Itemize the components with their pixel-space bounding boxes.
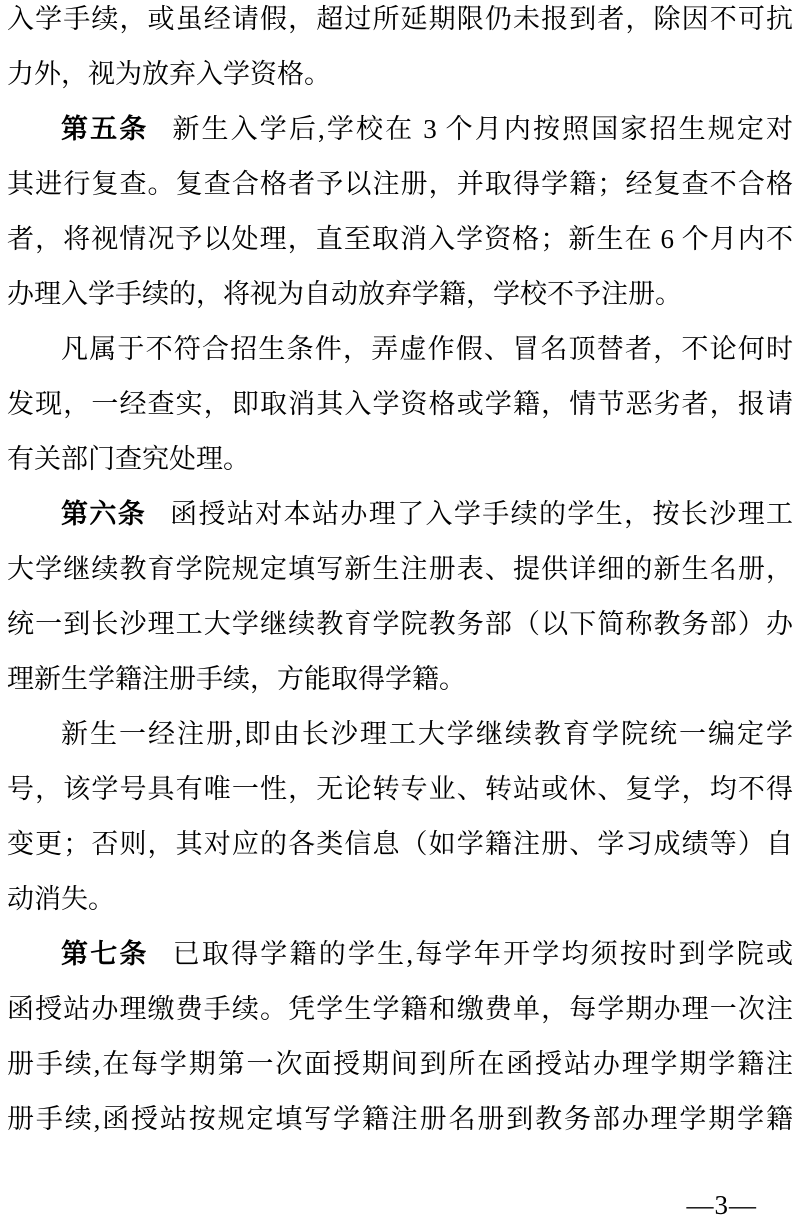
text-line: 第六条函授站对本站办理了入学手续的学生，按长沙理工 [7,487,793,542]
line-text: 变更；否则，其对应的各类信息（如学籍注册、学习成绩等）自 [7,829,793,859]
line-text: 统一到长沙理工大学继续教育学院教务部（以下简称教务部）办 [7,609,793,639]
text-line: 发现，一经查实，即取消其入学资格或学籍，情节恶劣者，报请 [7,377,793,432]
text-line: 力外，视为放弃入学资格。 [7,47,793,102]
line-text: 入学手续，或虽经请假，超过所延期限仍未报到者，除因不可抗 [7,4,793,34]
text-line: 大学继续教育学院规定填写新生注册表、提供详细的新生名册， [7,542,793,597]
clause-heading: 第五条 [61,114,148,144]
line-text: 册手续,函授站按规定填写学籍注册名册到教务部办理学期学籍 [7,1104,793,1134]
text-line: 第七条已取得学籍的学生,每学年开学均须按时到学院或 [7,927,793,982]
text-line: 凡属于不符合招生条件，弄虚作假、冒名顶替者，不论何时 [7,322,793,377]
clause-heading: 第七条 [61,939,149,969]
line-text: 办理入学手续的，将视为自动放弃学籍，学校不予注册。 [7,279,682,309]
line-text: 动消失。 [7,884,115,914]
line-text: 函授站对本站办理了入学手续的学生，按长沙理工 [170,499,793,529]
text-line: 理新生学籍注册手续，方能取得学籍。 [7,652,793,707]
line-text: 发现，一经查实，即取消其入学资格或学籍，情节恶劣者，报请 [7,389,793,419]
text-line: 变更；否则，其对应的各类信息（如学籍注册、学习成绩等）自 [7,817,793,872]
text-line: 册手续,在每学期第一次面授期间到所在函授站办理学期学籍注 [7,1037,793,1092]
text-line: 册手续,函授站按规定填写学籍注册名册到教务部办理学期学籍 [7,1092,793,1147]
text-line: 者，将视情况予以处理，直至取消入学资格；新生在 6 个月内不 [7,212,793,267]
line-text: 大学继续教育学院规定填写新生注册表、提供详细的新生名册， [7,554,793,584]
text-line: 统一到长沙理工大学继续教育学院教务部（以下简称教务部）办 [7,597,793,652]
line-text: 凡属于不符合招生条件，弄虚作假、冒名顶替者，不论何时 [61,334,793,364]
text-line: 入学手续，或虽经请假，超过所延期限仍未报到者，除因不可抗 [7,0,793,47]
text-line: 有关部门查究处理。 [7,432,793,487]
line-text: 册手续,在每学期第一次面授期间到所在函授站办理学期学籍注 [7,1049,793,1079]
page-number: —3— [687,1188,758,1222]
line-text: 者，将视情况予以处理，直至取消入学资格；新生在 6 个月内不 [7,224,793,254]
document-body: 入学手续，或虽经请假，超过所延期限仍未报到者，除因不可抗力外，视为放弃入学资格。… [7,0,793,1147]
text-line: 第五条新生入学后,学校在 3 个月内按照国家招生规定对 [7,102,793,157]
line-text: 新生入学后,学校在 3 个月内按照国家招生规定对 [172,114,793,144]
line-text: 已取得学籍的学生,每学年开学均须按时到学院或 [173,939,793,969]
document-page: 入学手续，或虽经请假，超过所延期限仍未报到者，除因不可抗力外，视为放弃入学资格。… [0,0,800,1229]
line-text: 函授站办理缴费手续。凭学生学籍和缴费单，每学期办理一次注 [7,994,793,1024]
text-line: 办理入学手续的，将视为自动放弃学籍，学校不予注册。 [7,267,793,322]
line-text: 力外，视为放弃入学资格。 [7,59,331,89]
clause-heading: 第六条 [61,499,146,529]
line-text: 有关部门查究处理。 [7,444,250,474]
text-line: 函授站办理缴费手续。凭学生学籍和缴费单，每学期办理一次注 [7,982,793,1037]
text-line: 动消失。 [7,872,793,927]
line-text: 理新生学籍注册手续，方能取得学籍。 [7,664,466,694]
line-text: 号，该学号具有唯一性，无论转专业、转站或休、复学，均不得 [7,774,793,804]
line-text: 其进行复查。复查合格者予以注册，并取得学籍；经复查不合格 [7,169,793,199]
text-line: 新生一经注册,即由长沙理工大学继续教育学院统一编定学 [7,707,793,762]
text-line: 其进行复查。复查合格者予以注册，并取得学籍；经复查不合格 [7,157,793,212]
text-line: 号，该学号具有唯一性，无论转专业、转站或休、复学，均不得 [7,762,793,817]
line-text: 新生一经注册,即由长沙理工大学继续教育学院统一编定学 [61,719,793,749]
